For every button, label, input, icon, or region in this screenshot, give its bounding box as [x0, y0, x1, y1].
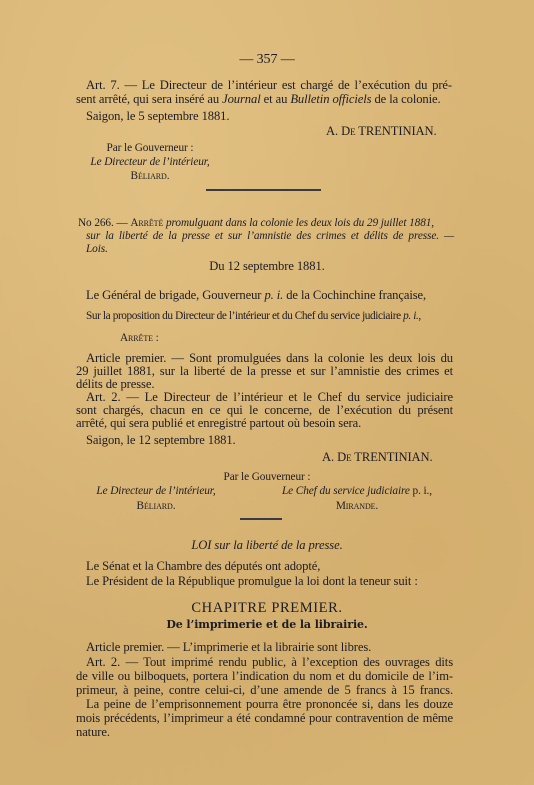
decree-art1-line3: délits de presse. [76, 377, 154, 391]
preamble-proposal: Sur la proposition du Directeur de l’int… [86, 309, 421, 323]
art7-line1: Art. 7. — Le Directeur de l’intérieur es… [86, 78, 452, 92]
decree-director-title: Le Directeur de l’intérieur, [76, 484, 236, 498]
law-art2-para2-line1: La peine de l’emprisonnement pourra être… [86, 697, 453, 711]
decree-heading-line2: sur la liberté de la presse et sur l’amn… [86, 229, 454, 243]
law-art2-line1: Art. 2. — Tout imprimé rendu public, à l… [86, 655, 453, 669]
date-line: Saigon, le 5 septembre 1881. [86, 109, 229, 123]
chapter-heading: CHAPITRE PREMIER. [0, 601, 534, 615]
decree-signing-date: Saigon, le 12 septembre 1881. [86, 433, 236, 447]
bulletin-ref: Bulletin officiels [290, 92, 371, 106]
journal-ref: Journal [222, 92, 260, 106]
decree-heading-line3: Lois. [86, 242, 108, 256]
decree-by-governor: Par le Gouverneur : [0, 470, 534, 484]
law-art1: Article premier. — L’imprimerie et la li… [86, 640, 371, 654]
law-intro-senate: Le Sénat et la Chambre des députés ont a… [86, 559, 320, 573]
decree-signature-governor: A. De TRENTINIAN. [322, 450, 433, 464]
law-art2-line3: primeur, à peine, contre celui-ci, d’une… [76, 683, 453, 697]
art7-line2: sent arrêté, qui sera inséré au Journal … [76, 92, 452, 106]
page-number: — 357 — [0, 53, 534, 67]
decree-director-name: Béliard. [76, 499, 236, 513]
decree-art1-line2: 29 juillet 1881, sur la liberté de la pr… [76, 364, 453, 378]
decree-art2-line3: arrêté, qui sera publié et enregistré pa… [76, 416, 361, 430]
chapter-subtitle: De l’imprimerie et de la librairie. [0, 618, 534, 632]
decree-heading-line1: No 266. — Arrêté promulguant dans la col… [78, 216, 454, 230]
preamble-governor: Le Général de brigade, Gouverneur p. i. … [86, 288, 426, 302]
section-divider [206, 189, 321, 191]
document-page: — 357 — Art. 7. — Le Directeur de l’inté… [0, 0, 534, 785]
decree-art2-line2: sont chargés, chacun en ce qui le concer… [76, 403, 453, 417]
law-art2-para2-line3: nature. [76, 725, 110, 739]
by-governor: Par le Gouverneur : [80, 141, 220, 155]
law-intro-president: Le Président de la République promulgue … [86, 574, 418, 588]
decree-art1-line1: Article premier. — Sont promulguées dans… [86, 351, 453, 365]
decree-art2-line1: Art. 2. — Le Directeur de l’intérieur et… [86, 390, 453, 404]
director-title: Le Directeur de l’intérieur, [80, 155, 220, 169]
signature-governor: A. De TRENTINIAN. [326, 124, 437, 138]
director-name: Béliard. [80, 169, 220, 183]
decree-chief-title: Le Chef du service judiciaire p. i., [262, 484, 452, 498]
law-divider [240, 518, 282, 520]
arrete-label: Arrête : [120, 331, 159, 345]
decree-date: Du 12 septembre 1881. [0, 259, 534, 273]
law-title: LOI sur la liberté de la presse. [0, 538, 534, 552]
decree-chief-name: Mirande. [262, 499, 452, 513]
law-art2-line2: de ville ou bilboquets, portera l’indica… [76, 669, 453, 683]
law-art2-para2-line2: mois précédents, l’imprimeur a été conda… [76, 711, 453, 725]
